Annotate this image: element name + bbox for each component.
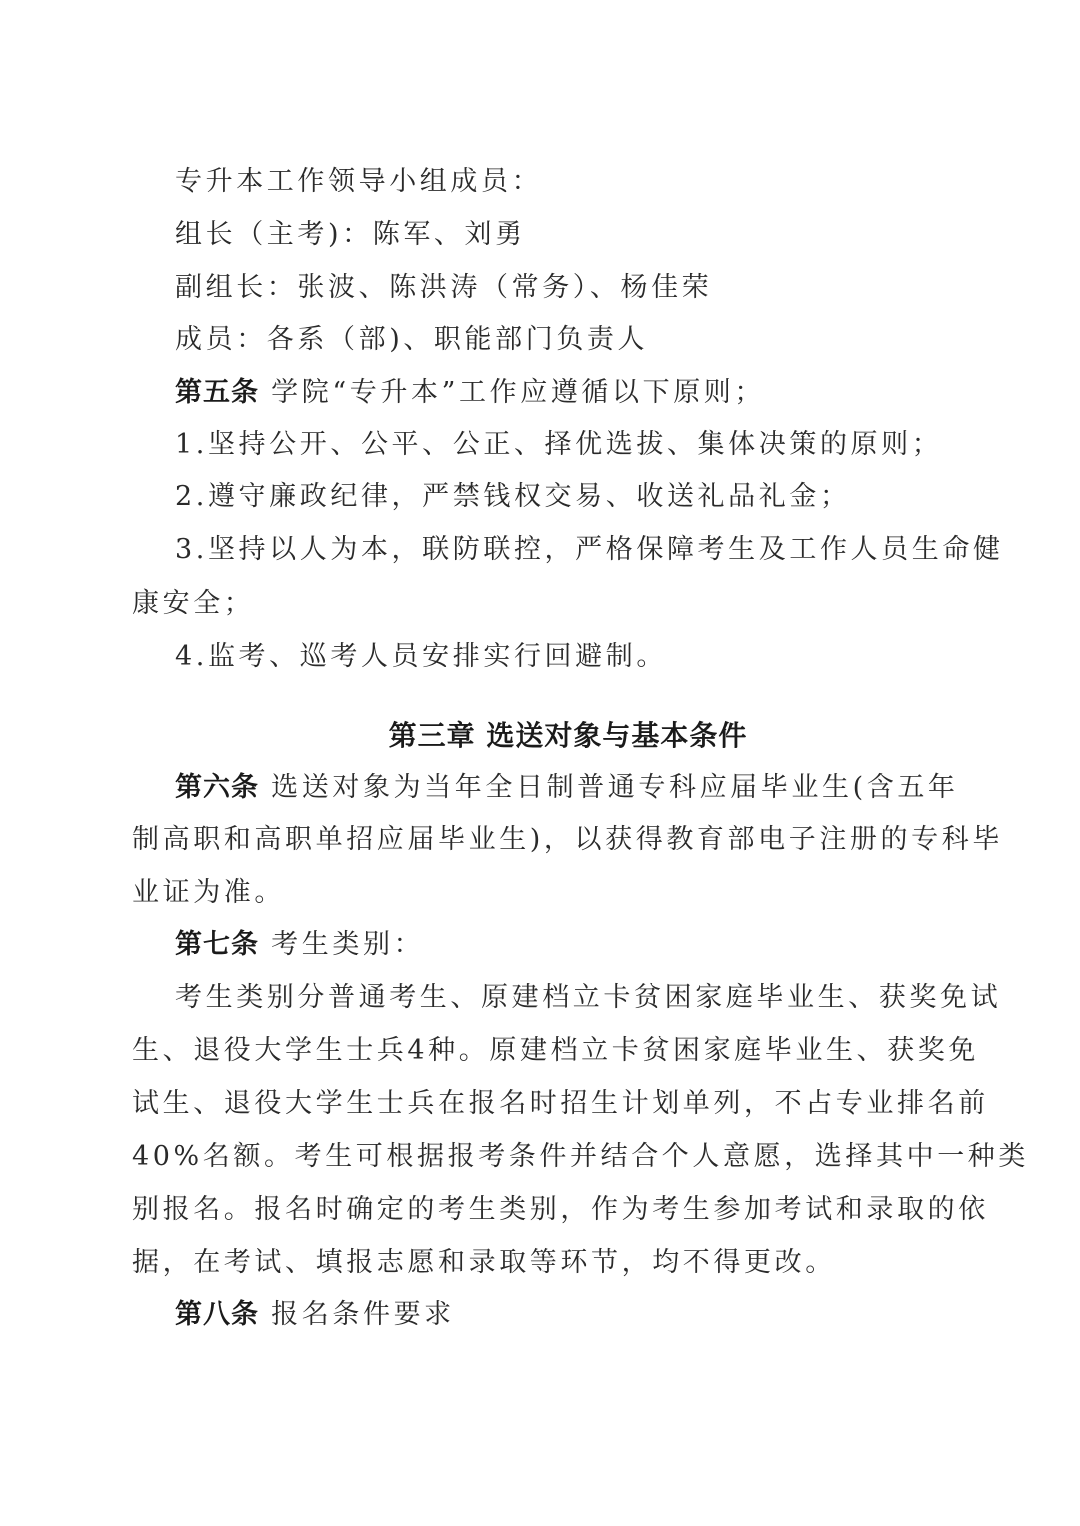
line-text: 考生类别分普通考生、原建档立卡贫困家庭毕业生、获奖免试: [175, 982, 1001, 1013]
line-text: 别报名。报名时确定的考生类别，作为考生参加考试和录取的依: [132, 1194, 989, 1225]
line-text: 专升本工作领导小组成员：: [175, 166, 542, 197]
line-text: 据，在考试、填报志愿和录取等环节，均不得更改。: [132, 1247, 836, 1278]
group-leader-line: 组长（主考)：陈军、刘勇: [175, 217, 995, 253]
line-text: 考生类别：: [259, 929, 424, 960]
article-5: 第五条 学院“专升本”工作应遵循以下原则；: [175, 375, 995, 411]
line-text: 业证为准。: [132, 877, 285, 908]
article-label: 第五条: [175, 377, 259, 408]
principle-2: 2.遵守廉政纪律，严禁钱权交易、收送礼品礼金；: [175, 479, 995, 515]
leadership-group-title: 专升本工作领导小组成员：: [175, 164, 995, 200]
article-6-cont-1: 制高职和高职单招应届毕业生)，以获得教育部电子注册的专科毕: [132, 822, 952, 858]
line-text: 试生、退役大学生士兵在报名时招生计划单列，不占专业排名前: [132, 1088, 989, 1119]
article-7-body-1: 考生类别分普通考生、原建档立卡贫困家庭毕业生、获奖免试: [175, 980, 995, 1016]
line-text: 副组长：张波、陈洪涛（常务）、杨佳荣: [175, 272, 712, 303]
principle-1: 1.坚持公开、公平、公正、择优选拔、集体决策的原则；: [175, 427, 995, 463]
line-text: 40%名额。考生可根据报考条件并结合个人意愿，选择其中一种类: [132, 1141, 1029, 1172]
principle-3: 3.坚持以人为本，联防联控，严格保障考生及工作人员生命健: [175, 532, 995, 568]
article-7-body-2: 生、退役大学生士兵4种。原建档立卡贫困家庭毕业生、获奖免: [132, 1033, 952, 1069]
line-text: 成员：各系（部)、职能部门负责人: [175, 324, 648, 355]
line-text: 3.坚持以人为本，联防联控，严格保障考生及工作人员生命健: [175, 534, 1004, 565]
line-text: 选送对象为当年全日制普通专科应届毕业生(含五年: [259, 772, 959, 803]
article-7-body-4: 40%名额。考生可根据报考条件并结合个人意愿，选择其中一种类: [132, 1139, 952, 1175]
line-text: 制高职和高职单招应届毕业生)，以获得教育部电子注册的专科毕: [132, 824, 1003, 855]
chapter-heading: 第三章 选送对象与基本条件: [28, 718, 1080, 754]
article-label: 第六条: [175, 772, 259, 803]
line-text: 生、退役大学生士兵4种。原建档立卡贫困家庭毕业生、获奖免: [132, 1035, 979, 1066]
line-text: 4.监考、巡考人员安排实行回避制。: [175, 641, 667, 672]
line-text: 组长（主考)：陈军、刘勇: [175, 219, 526, 250]
article-label: 第八条: [175, 1299, 259, 1330]
members-line: 成员：各系（部)、职能部门负责人: [175, 322, 995, 358]
line-text: 1.坚持公开、公平、公正、择优选拔、集体决策的原则；: [175, 429, 942, 460]
article-6-cont-2: 业证为准。: [132, 875, 952, 911]
article-7-body-3: 试生、退役大学生士兵在报名时招生计划单列，不占专业排名前: [132, 1086, 952, 1122]
article-7-body-6: 据，在考试、填报志愿和录取等环节，均不得更改。: [132, 1245, 952, 1281]
article-7: 第七条 考生类别：: [175, 927, 995, 963]
article-label: 第七条: [175, 929, 259, 960]
article-8: 第八条 报名条件要求: [175, 1297, 995, 1333]
article-7-body-5: 别报名。报名时确定的考生类别，作为考生参加考试和录取的依: [132, 1192, 952, 1228]
principle-4: 4.监考、巡考人员安排实行回避制。: [175, 639, 995, 675]
deputy-leader-line: 副组长：张波、陈洪涛（常务）、杨佳荣: [175, 270, 995, 306]
line-text: 康安全；: [132, 588, 254, 619]
line-text: 学院“专升本”工作应遵循以下原则；: [259, 377, 765, 408]
line-text: 报名条件要求: [259, 1299, 455, 1330]
document-page: 专升本工作领导小组成员： 组长（主考)：陈军、刘勇 副组长：张波、陈洪涛（常务）…: [0, 0, 1080, 1526]
principle-3-cont: 康安全；: [132, 586, 952, 622]
article-6: 第六条 选送对象为当年全日制普通专科应届毕业生(含五年: [175, 770, 995, 806]
line-text: 2.遵守廉政纪律，严禁钱权交易、收送礼品礼金；: [175, 481, 851, 512]
